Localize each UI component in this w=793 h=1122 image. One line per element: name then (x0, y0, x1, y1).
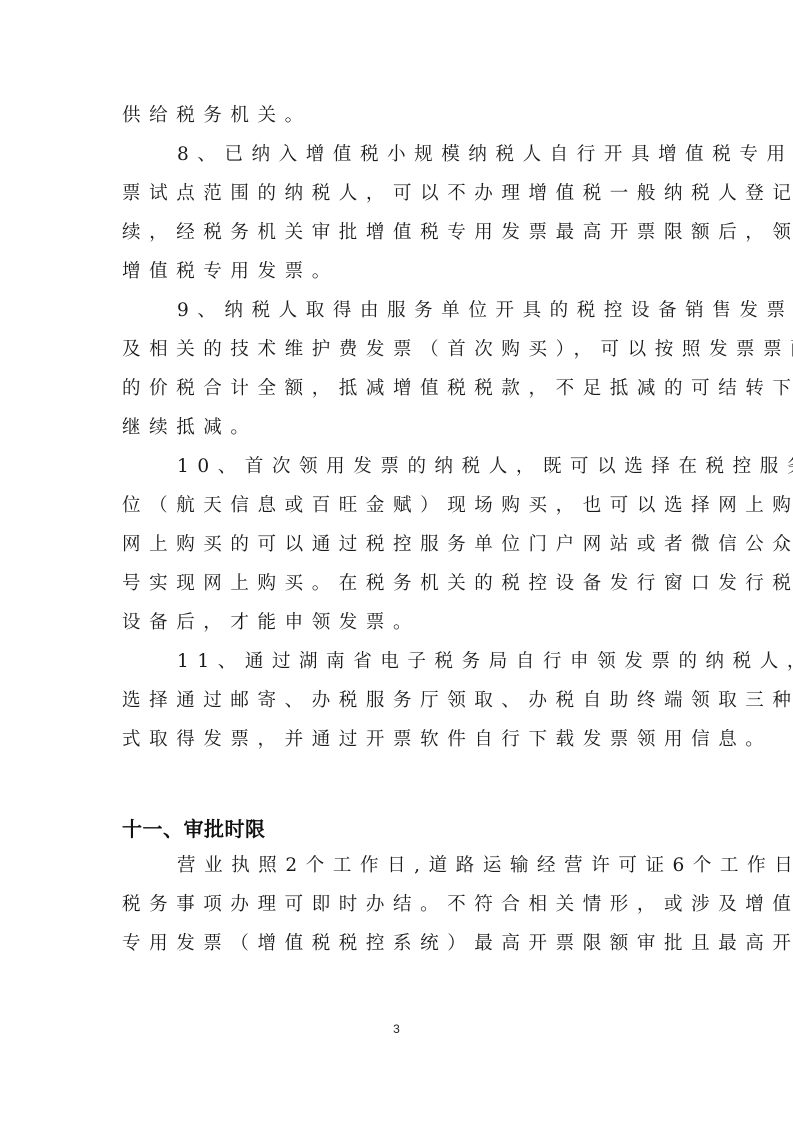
text-line: 选择通过邮寄、办税服务厅领取、办税自助终端领取三种方 (122, 681, 674, 720)
paragraph-8: 8、已纳入增值税小规模纳税人自行开具增值税专用发 票试点范围的纳税人，可以不办理… (122, 135, 674, 291)
section-heading: 十一、审批时限 (122, 812, 674, 846)
page-number: 3 (0, 1022, 793, 1036)
paragraph-9: 9、纳税人取得由服务单位开具的税控设备销售发票以 及相关的技术维护费发票（首次购… (122, 291, 674, 447)
page-content: 供给税务机关。 8、已纳入增值税小规模纳税人自行开具增值税专用发 票试点范围的纳… (122, 96, 674, 963)
text-line: 的价税合计全额，抵减增值税税款，不足抵减的可结转下期 (122, 369, 674, 408)
text-line: 续，经税务机关审批增值税专用发票最高开票限额后，领用 (122, 213, 674, 252)
text-line: 票试点范围的纳税人，可以不办理增值税一般纳税人登记手 (122, 174, 674, 213)
paragraph-10: 10、首次领用发票的纳税人，既可以选择在税控服务单 位（航天信息或百旺金赋）现场… (122, 447, 674, 642)
text-line: 供给税务机关。 (122, 96, 674, 135)
text-line: 设备后，才能申领发票。 (122, 603, 674, 642)
text-line: 位（航天信息或百旺金赋）现场购买，也可以选择网上购买。 (122, 486, 674, 525)
text-line: 增值税专用发票。 (122, 252, 674, 291)
blank-line (122, 759, 674, 798)
text-line: 税务事项办理可即时办结。不符合相关情形，或涉及增值税 (122, 885, 674, 924)
text-line: 继续抵减。 (122, 408, 674, 447)
section-paragraph: 营业执照2个工作日,道路运输经营许可证6个工作日, 税务事项办理可即时办结。不符… (122, 846, 674, 963)
text-line: 及相关的技术维护费发票（首次购买），可以按照发票票面 (122, 330, 674, 369)
text-line: 营业执照2个工作日,道路运输经营许可证6个工作日, (122, 846, 674, 885)
document-page: 供给税务机关。 8、已纳入增值税小规模纳税人自行开具增值税专用发 票试点范围的纳… (0, 0, 793, 1122)
paragraph-7-tail: 供给税务机关。 (122, 96, 674, 135)
text-line: 10、首次领用发票的纳税人，既可以选择在税控服务单 (122, 447, 674, 486)
text-line: 8、已纳入增值税小规模纳税人自行开具增值税专用发 (122, 135, 674, 174)
text-line: 11、通过湖南省电子税务局自行申领发票的纳税人，可 (122, 642, 674, 681)
text-line: 专用发票（增值税税控系统）最高开票限额审批且最高开票 (122, 924, 674, 963)
text-line: 9、纳税人取得由服务单位开具的税控设备销售发票以 (122, 291, 674, 330)
text-line: 式取得发票，并通过开票软件自行下载发票领用信息。 (122, 720, 674, 759)
text-line: 号实现网上购买。在税务机关的税控设备发行窗口发行税控 (122, 564, 674, 603)
text-line: 网上购买的可以通过税控服务单位门户网站或者微信公众 (122, 525, 674, 564)
paragraph-11: 11、通过湖南省电子税务局自行申领发票的纳税人，可 选择通过邮寄、办税服务厅领取… (122, 642, 674, 759)
